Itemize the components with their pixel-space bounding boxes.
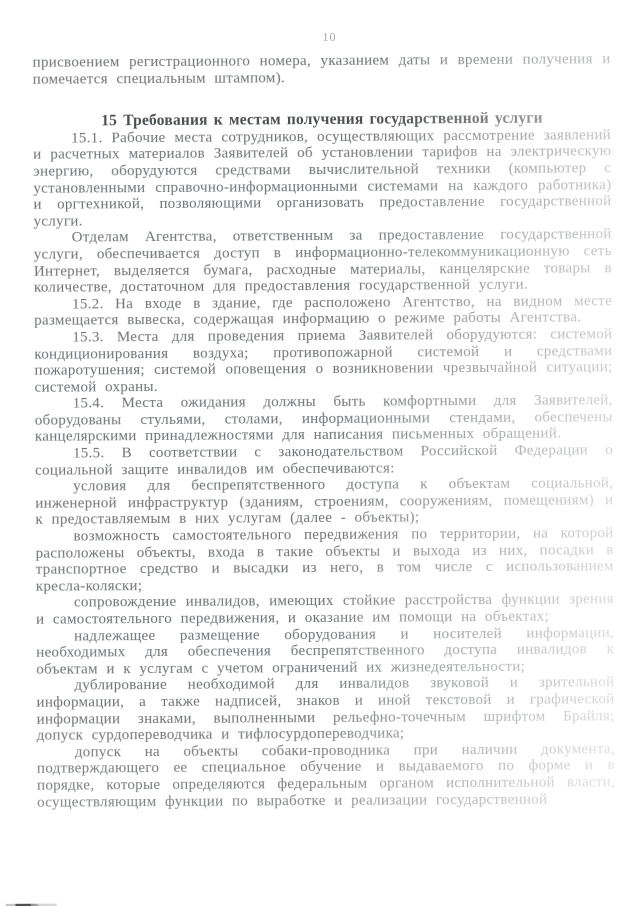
paragraph-vozmozhnost: возможность самостоятельного передвижени… bbox=[35, 525, 613, 595]
document-body: присвоением регистрационного номера, ука… bbox=[33, 51, 616, 811]
paragraph-15-3: 15.3. Места для проведения приема Заявит… bbox=[34, 326, 612, 396]
paragraph-15-5: 15.5. В соответствии с законодательством… bbox=[35, 442, 613, 479]
page-number: 10 bbox=[0, 28, 638, 47]
intro-paragraph: присвоением регистрационного номера, ука… bbox=[33, 51, 611, 88]
paragraph-15-2: 15.2. На входе в здание, где расположено… bbox=[34, 293, 612, 330]
paragraph-dublirovanie: дублирование необходимой для инвалидов з… bbox=[36, 675, 614, 745]
scanned-document-page: 10 присвоением регистрационного номера, … bbox=[0, 0, 640, 906]
paragraph-15-1: 15.1. Рабочие места сотрудников, осущест… bbox=[33, 127, 612, 230]
paragraph-usloviya: условия для беспрепятственного доступа к… bbox=[35, 475, 613, 528]
paragraph-soprovozhdenie: сопровождение инвалидов, имеющих стойкие… bbox=[36, 592, 614, 629]
paragraph-dopusk-sobaki: допуск на объекты собаки-проводника при … bbox=[37, 741, 615, 811]
paragraph-15-4: 15.4. Места ожидания должны быть комфорт… bbox=[35, 392, 613, 445]
scan-tilt-wrapper: 10 присвоением регистрационного номера, … bbox=[0, 0, 640, 906]
paragraph-otdelam: Отделам Агентства, ответственным за пред… bbox=[34, 227, 612, 297]
paragraph-nadlezhashchee: надлежащее размещение оборудования и нос… bbox=[36, 625, 614, 678]
